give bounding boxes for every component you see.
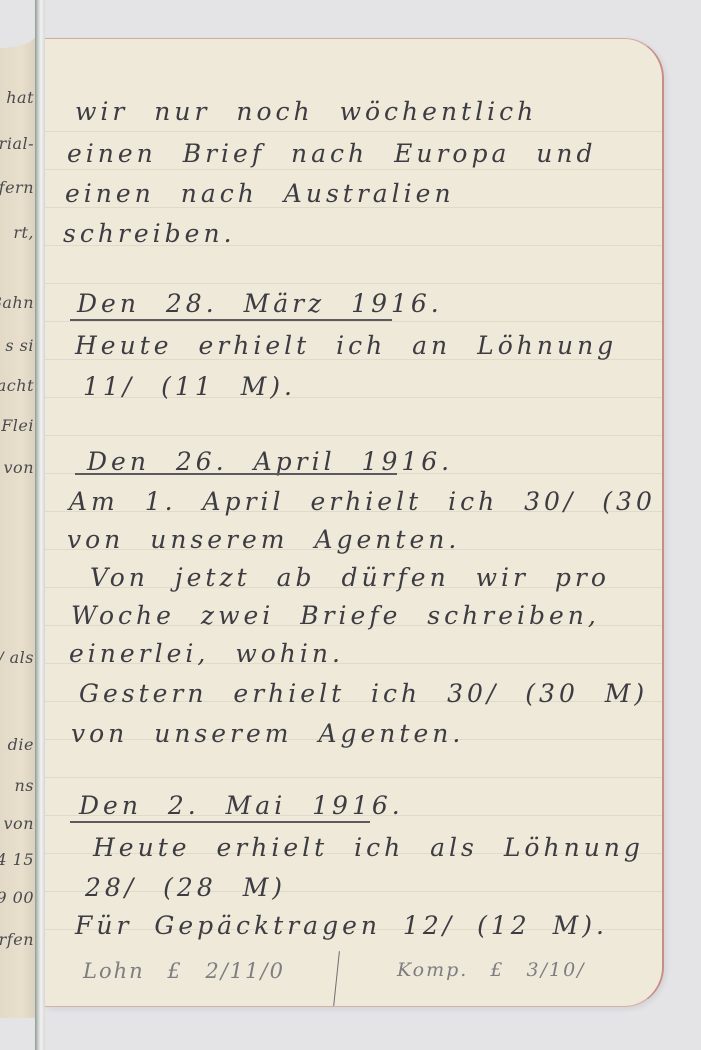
left-page-fragment: rial- — [0, 134, 34, 153]
text-line: einen Brief nach Europa und — [67, 139, 597, 168]
text-line: schreiben. — [63, 219, 236, 248]
left-page-fragment: von — [4, 458, 34, 477]
left-page-fragment: ntfern — [0, 178, 34, 197]
entry-line: Heute erhielt ich an Löhnung — [75, 331, 617, 360]
text-line: einen nach Australien — [65, 179, 455, 208]
date-underline — [70, 821, 370, 823]
left-page-fragment: rt, — [13, 223, 34, 242]
entry-line: Woche zwei Briefe schreiben, — [71, 601, 600, 630]
ruled-line — [45, 435, 662, 436]
entry-line: von unserem Agenten. — [71, 719, 464, 748]
pencil-divider — [333, 951, 340, 1007]
entry-line: von unserem Agenten. — [67, 525, 460, 554]
left-page-fragment: die — [8, 735, 34, 754]
footer-note-lohn: Lohn £ 2/11/0 — [83, 959, 285, 983]
entry-line: Von jetzt ab dürfen wir pro — [90, 563, 610, 592]
ruled-line — [45, 777, 662, 778]
date-underline — [75, 473, 397, 475]
entry-line: 28/ (28 M) — [85, 873, 286, 902]
right-page: wir nur noch wöchentlich einen Brief nac… — [45, 38, 664, 1007]
date-underline — [70, 319, 392, 321]
book-gutter — [35, 0, 45, 1050]
entry-line: 11/ (11 M). — [83, 372, 296, 401]
entry-date: Den 26. April 1916. — [87, 447, 453, 476]
text-line: wir nur noch wöchentlich — [75, 97, 537, 126]
left-page-fragment: Bahn — [0, 293, 34, 312]
entry-line: Für Gepäcktragen 12/ (12 M). — [75, 911, 608, 940]
ruled-line — [45, 169, 662, 170]
ruled-line — [45, 321, 662, 322]
entry-line: einerlei, wohin. — [69, 639, 344, 668]
ruled-line — [45, 131, 662, 132]
entry-date: Den 2. Mai 1916. — [79, 791, 404, 820]
ruled-line — [45, 283, 662, 284]
footer-note-komp: Komp. £ 3/10/ — [397, 959, 586, 981]
left-page-fragment: dürfen — [0, 930, 34, 949]
left-page-fragment: / als — [0, 648, 34, 667]
left-page-fragment: Flei — [1, 416, 34, 435]
left-page-fragment: s si — [5, 336, 34, 355]
entry-line: Gestern erhielt ich 30/ (30 M) — [79, 679, 648, 708]
entry-line: Heute erhielt ich als Löhnung — [93, 833, 644, 862]
entry-line: Am 1. April erhielt ich 30/ (30 M) — [69, 487, 664, 516]
left-page-fragment: 4 15 — [0, 850, 34, 869]
left-page-top-edge — [0, 18, 36, 48]
left-page-fragment: von — [4, 814, 34, 833]
left-page-fragment: ns — [14, 776, 34, 795]
left-page-fragment: acht — [0, 376, 34, 395]
left-page-fragment: hat — [6, 88, 34, 107]
left-page: hat rial- ntfern rt, Bahn s si acht Flei… — [0, 18, 36, 1018]
left-page-fragment: 9 00 — [0, 888, 34, 907]
entry-date: Den 28. März 1916. — [77, 289, 443, 318]
